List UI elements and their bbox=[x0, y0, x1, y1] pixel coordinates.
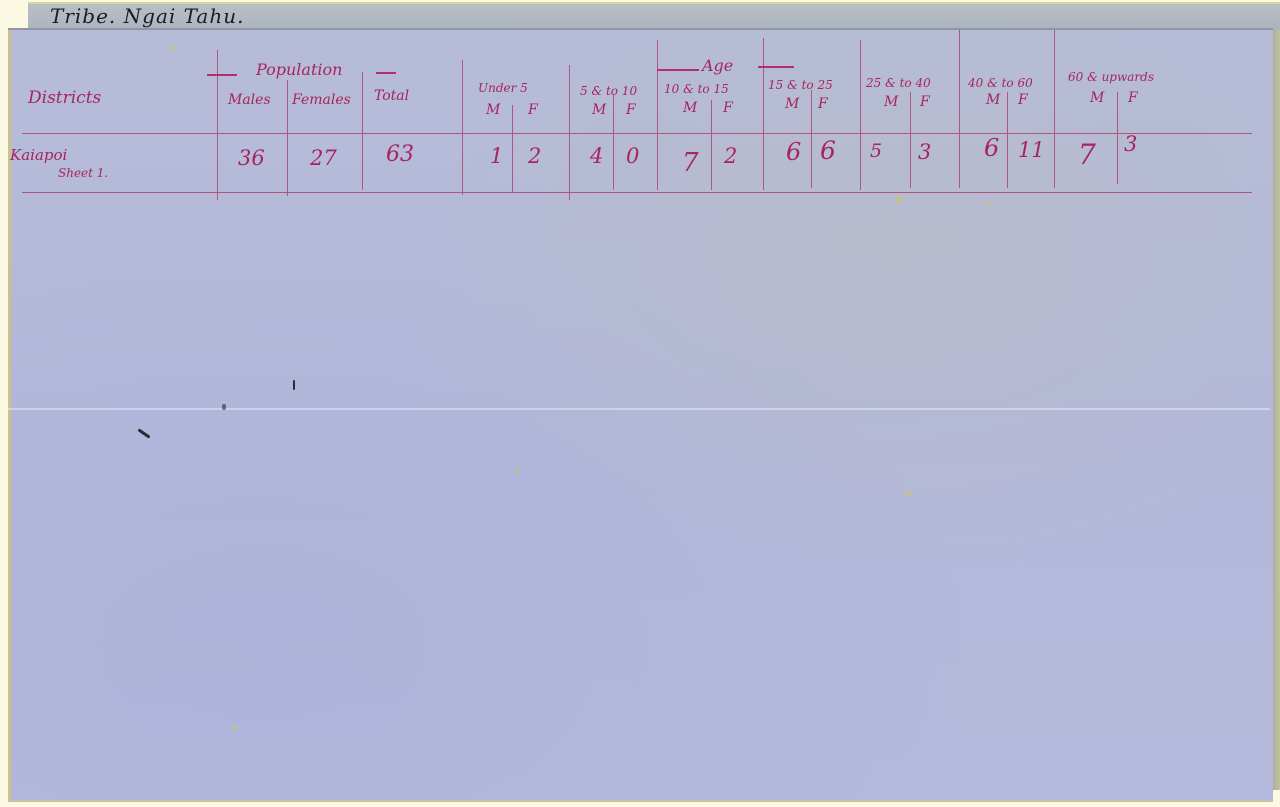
males-header: Males bbox=[228, 92, 271, 108]
age-f-value: 11 bbox=[1018, 138, 1045, 162]
age-group-m: M bbox=[592, 102, 606, 118]
population-header: Population bbox=[256, 60, 342, 79]
age-f-value: 6 bbox=[820, 136, 836, 165]
population-dash-right bbox=[376, 72, 396, 74]
col-divider bbox=[763, 38, 764, 190]
age-group-label: 40 & to 60 bbox=[968, 76, 1033, 90]
bottom-rule bbox=[22, 192, 1252, 193]
age-dash-left bbox=[657, 69, 699, 71]
col-divider bbox=[462, 60, 463, 195]
age-group-label: 5 & to 10 bbox=[580, 84, 637, 98]
age-f-value: 2 bbox=[724, 144, 737, 168]
col-divider bbox=[569, 65, 570, 200]
age-group-label: 15 & to 25 bbox=[768, 78, 833, 92]
age-group-f: F bbox=[1018, 92, 1028, 108]
age-f-value: 3 bbox=[918, 140, 931, 164]
age-group-label: Under 5 bbox=[478, 81, 528, 95]
paper-stain bbox=[170, 46, 176, 51]
paper-stain bbox=[515, 468, 520, 473]
col-divider bbox=[512, 105, 513, 193]
total-header: Total bbox=[374, 88, 409, 104]
males-value: 36 bbox=[238, 146, 265, 170]
age-group-m: M bbox=[1090, 90, 1104, 106]
col-divider bbox=[1054, 30, 1055, 188]
col-divider bbox=[711, 100, 712, 190]
age-group-label: 25 & to 40 bbox=[866, 76, 931, 90]
age-group-label: 10 & to 15 bbox=[664, 82, 729, 96]
col-divider bbox=[613, 95, 614, 190]
header-rule bbox=[22, 133, 1252, 134]
district-name: Kaiapoi bbox=[10, 146, 67, 164]
paper-stain bbox=[985, 200, 990, 205]
age-group-m: M bbox=[986, 92, 1000, 108]
tribe-note: Tribe. Ngai Tahu. bbox=[50, 4, 244, 28]
population-dash-left bbox=[207, 74, 237, 76]
age-group-f: F bbox=[528, 102, 538, 118]
age-m-value: 5 bbox=[870, 140, 882, 162]
col-divider bbox=[860, 40, 861, 190]
col-divider bbox=[811, 90, 812, 188]
total-value: 63 bbox=[386, 142, 414, 167]
fold-crease bbox=[8, 408, 1270, 410]
age-f-value: 2 bbox=[528, 144, 541, 168]
age-m-value: 1 bbox=[490, 144, 503, 168]
districts-header: Districts bbox=[28, 88, 101, 108]
paper-stain bbox=[905, 490, 912, 496]
age-group-m: M bbox=[785, 96, 799, 112]
age-f-value: 0 bbox=[626, 144, 639, 168]
age-m-value: 7 bbox=[682, 148, 699, 178]
age-m-value: 7 bbox=[1078, 138, 1096, 171]
ink-mark bbox=[222, 404, 226, 410]
age-group-f: F bbox=[1128, 90, 1138, 106]
age-dash-right bbox=[758, 66, 794, 68]
district-note: Sheet 1. bbox=[58, 166, 108, 180]
age-group-label: 60 & upwards bbox=[1068, 70, 1154, 84]
col-divider bbox=[1007, 92, 1008, 188]
age-group-m: M bbox=[884, 94, 898, 110]
age-f-value: 3 bbox=[1124, 132, 1137, 156]
col-divider bbox=[959, 30, 960, 188]
females-value: 27 bbox=[310, 146, 337, 170]
age-m-value: 6 bbox=[984, 134, 999, 162]
age-m-value: 4 bbox=[590, 144, 603, 168]
age-group-m: M bbox=[486, 102, 500, 118]
ink-mark bbox=[293, 380, 295, 390]
paper-stain bbox=[895, 196, 903, 203]
females-header: Females bbox=[292, 92, 351, 108]
col-divider bbox=[217, 50, 218, 200]
age-group-f: F bbox=[818, 96, 828, 112]
col-divider bbox=[362, 72, 363, 190]
age-group-f: F bbox=[723, 100, 733, 116]
age-group-m: M bbox=[683, 100, 697, 116]
age-group-f: F bbox=[626, 102, 636, 118]
age-group-f: F bbox=[920, 94, 930, 110]
col-divider bbox=[1117, 92, 1118, 184]
col-divider bbox=[287, 80, 288, 196]
paper-stain bbox=[232, 725, 238, 731]
age-m-value: 6 bbox=[786, 138, 801, 166]
col-divider bbox=[657, 40, 658, 190]
age-header: Age bbox=[702, 56, 733, 75]
col-divider bbox=[910, 92, 911, 188]
